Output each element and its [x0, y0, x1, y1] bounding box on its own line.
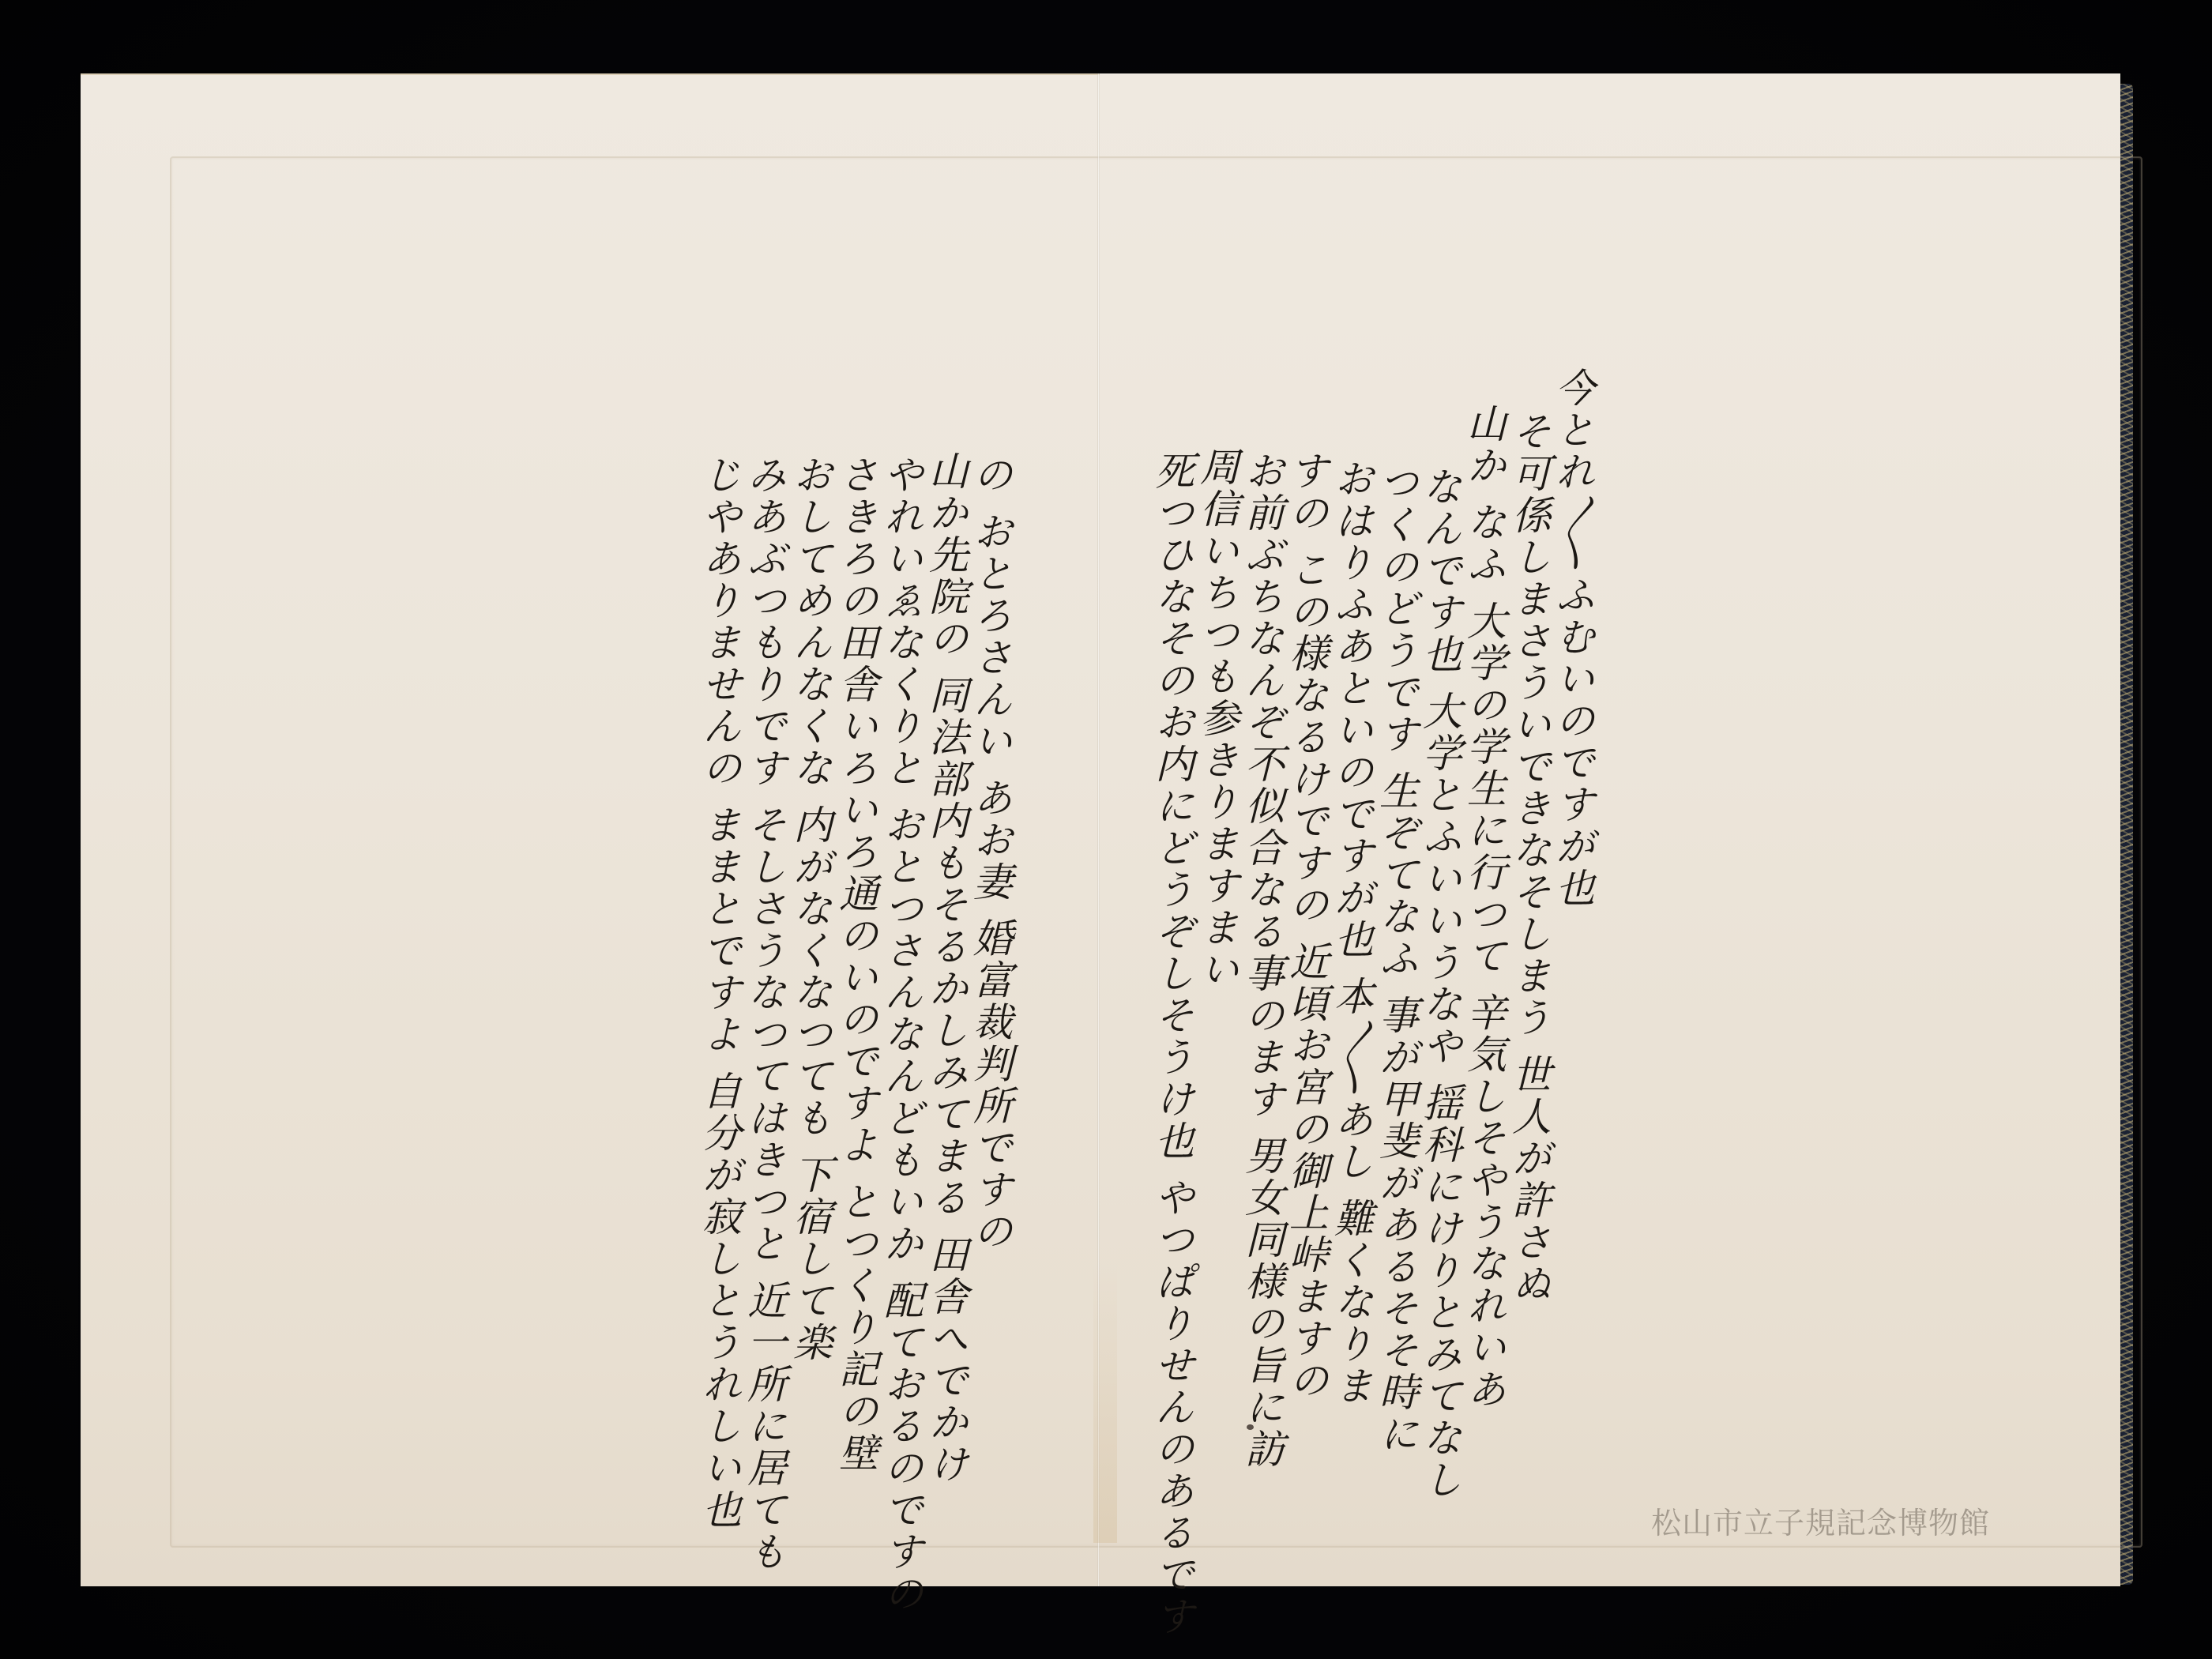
letter-paper — [81, 73, 2120, 1586]
right-page-column-1: 今とれ〳〵ふむいのですが也 — [1552, 367, 1592, 909]
left-page-column-3: やれいゑなくりと おとつさんなんどもいか 配ておるのですの — [881, 454, 920, 1615]
right-page-column-10: 死つひなそのお内にどうぞしそうけ也 やつぱりせんのあるです — [1152, 450, 1191, 1638]
fold-stain — [1093, 1258, 1117, 1543]
right-page-column-3: 山か なふ 大学の学生に行つて 辛気しそやうなれいあ — [1464, 403, 1503, 1411]
left-page-column-7: じやありませんの ままとですよ 自分が寂しとうれしい也 — [699, 454, 739, 1531]
right-page-column-2: そ可係しまさういできなそしまう 世人が許さぬ — [1509, 411, 1548, 1305]
right-page-column-4: なんです也 大学とふいいうなや 揺科にけりとみてなし — [1420, 466, 1459, 1501]
left-page-column-4: さきろの田舎いろいろ通のいのですよ とつくり記の壁 — [836, 454, 875, 1474]
left-page-column-1: の おとろさんい あお妻 婚富裁判所ですの — [970, 454, 1010, 1253]
left-page-column-2: 山か先院の 同法部内もそるかしみてまる 田舎へでかけ — [926, 450, 965, 1485]
paper-top-edge — [81, 73, 1100, 75]
left-page-column-5: おしてめんなくな 内がなくなつても 下宿して楽 — [790, 454, 829, 1364]
right-page-column-9: 周信いちつも参きりますまい — [1197, 446, 1236, 991]
right-page-column-8: お前ぶちなんぞ不似合なる事のます 男女同様の旨に訪 — [1242, 450, 1281, 1470]
right-page-column-5: つくのどうです 生ぞてなふ 事が甲斐があるそそ時に — [1376, 462, 1416, 1455]
museum-watermark: 松山市立子規記念博物館 — [1651, 1499, 1990, 1542]
right-page-column-6: おはりふあといのですが也 本〳〵あし 難くなりま — [1331, 458, 1371, 1407]
right-page-column-7: すの この様なるけですの 近頃お宮の御上峠ますの — [1286, 450, 1326, 1401]
left-page-column-6: みあぶつもりです そしさうなつてはきつと 近一所に居ても — [744, 454, 784, 1573]
